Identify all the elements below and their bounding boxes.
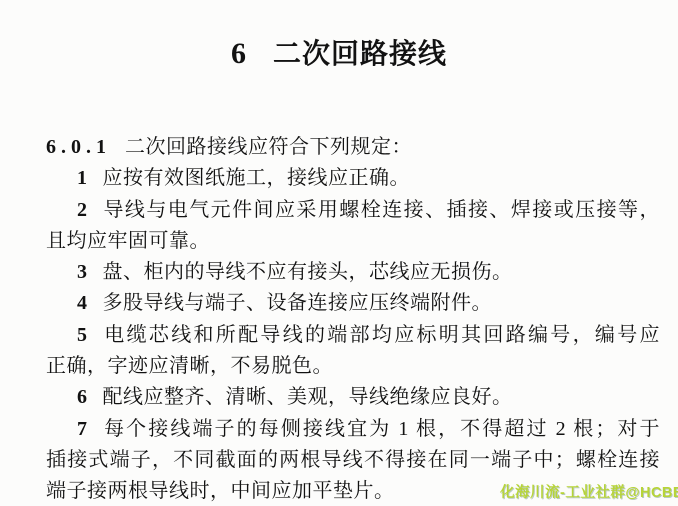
item-number: 1 [77, 167, 88, 189]
list-item-5: 5电缆芯线和所配导线的端部均应标明其回路编号，编号应 [46, 320, 660, 351]
item-number: 4 [77, 292, 88, 314]
watermark: 化海川流-工业社群@HCBBS [500, 481, 678, 502]
list-item-4: 4多股导线与端子、设备连接应压终端附件。 [46, 288, 660, 319]
chapter-title-text: 二次回路接线 [273, 39, 447, 70]
item-text: 插接式端子，不同截面的两根导线不得接在同一端子中；螺栓连接 [46, 449, 660, 471]
list-item-7-continuation-1: 插接式端子，不同截面的两根导线不得接在同一端子中；螺栓连接 [46, 445, 660, 476]
clause-body: 6.0.1二次回路接线应符合下列规定： 1应按有效图纸施工，接线应正确。 2导线… [46, 132, 660, 506]
clause-text: 二次回路接线应符合下列规定： [125, 136, 412, 158]
item-text: 多股导线与端子、设备连接应压终端附件。 [103, 292, 493, 314]
clause-heading-line: 6.0.1二次回路接线应符合下列规定： [46, 132, 660, 163]
item-text: 正确，字迹应清晰，不易脱色。 [46, 355, 333, 377]
item-number: 6 [77, 386, 88, 408]
item-number: 3 [77, 261, 88, 283]
list-item-6: 6配线应整齐、清晰、美观，导线绝缘应良好。 [46, 382, 660, 413]
item-text: 配线应整齐、清晰、美观，导线绝缘应良好。 [103, 386, 513, 408]
item-text: 导线与电气元件间应采用螺栓连接、插接、焊接或压接等， [103, 199, 661, 221]
item-text: 每个接线端子的每侧接线宜为 1 根，不得超过 2 根；对于 [103, 418, 661, 440]
document-page: 6二次回路接线 6.0.1二次回路接线应符合下列规定： 1应按有效图纸施工，接线… [0, 0, 678, 506]
chapter-title: 6二次回路接线 [0, 0, 678, 71]
item-text: 电缆芯线和所配导线的端部均应标明其回路编号，编号应 [103, 324, 661, 346]
list-item-7: 7每个接线端子的每侧接线宜为 1 根，不得超过 2 根；对于 [46, 414, 660, 445]
item-text: 应按有效图纸施工，接线应正确。 [103, 167, 411, 189]
item-number: 7 [77, 418, 88, 440]
clause-number: 6.0.1 [46, 136, 111, 158]
list-item-5-continuation: 正确，字迹应清晰，不易脱色。 [46, 351, 660, 382]
list-item-1: 1应按有效图纸施工，接线应正确。 [46, 163, 660, 194]
item-text: 盘、柜内的导线不应有接头，芯线应无损伤。 [103, 261, 513, 283]
list-item-3: 3盘、柜内的导线不应有接头，芯线应无损伤。 [46, 257, 660, 288]
item-text: 端子接两根导线时，中间应加平垫片。 [46, 480, 395, 502]
list-item-2-continuation: 且均应牢固可靠。 [46, 226, 660, 257]
item-number: 2 [77, 199, 88, 221]
chapter-number: 6 [231, 37, 247, 70]
item-number: 5 [77, 324, 88, 346]
list-item-2: 2导线与电气元件间应采用螺栓连接、插接、焊接或压接等， [46, 195, 660, 226]
item-text: 且均应牢固可靠。 [46, 230, 210, 252]
